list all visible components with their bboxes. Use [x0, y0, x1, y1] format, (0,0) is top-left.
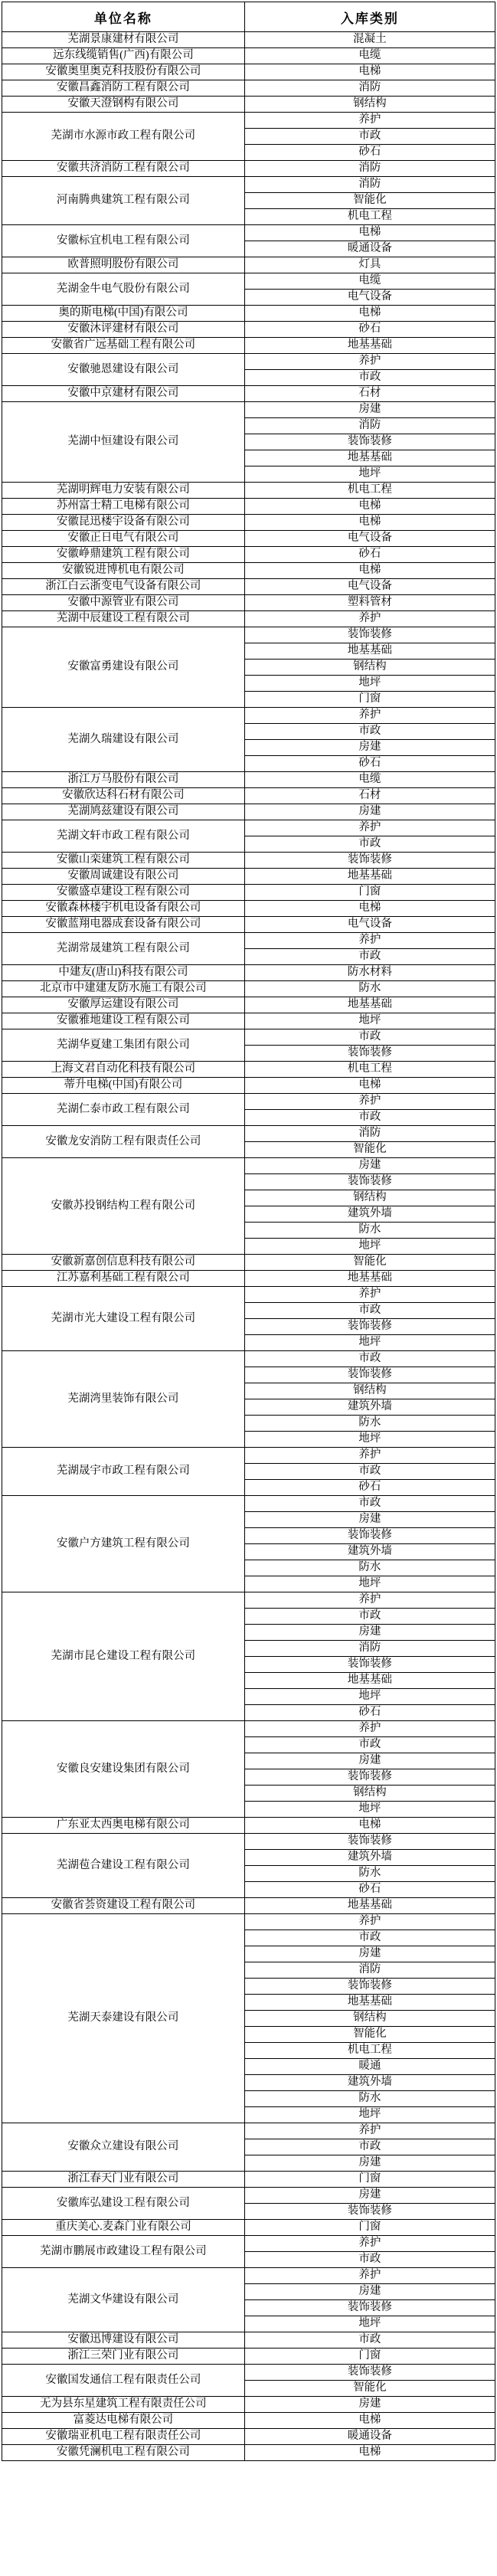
category-cell: 装饰装修: [244, 2300, 495, 2316]
category-cell: 养护: [244, 354, 495, 370]
category-cell: 房建: [244, 2284, 495, 2300]
category-cell: 石材: [244, 386, 495, 402]
table-row: 安徽省广远基础工程有限公司地基基础: [2, 338, 495, 354]
company-name-cell: 安徽富勇建设有限公司: [2, 627, 245, 708]
category-cell: 市政: [244, 1930, 495, 1946]
category-cell: 市政: [244, 949, 495, 965]
table-row: 安徽正日电气有限公司电气设备: [2, 531, 495, 547]
company-name-cell: 奥的斯电梯(中国)有限公司: [2, 306, 245, 322]
category-cell: 砂石: [244, 1480, 495, 1496]
company-name-cell: 安徽共济消防工程有限公司: [2, 161, 245, 177]
category-cell: 砂石: [244, 322, 495, 338]
category-cell: 暖通设备: [244, 241, 495, 257]
table-row: 芜湖常晟建筑工程有限公司养护: [2, 933, 495, 949]
document-page: 单位名称 入库类别 芜湖景康建材有限公司混凝土远东线缆销售(广西)有限公司电缆安…: [0, 2, 497, 2461]
category-cell: 塑料管材: [244, 595, 495, 611]
category-cell: 防水: [244, 2091, 495, 2107]
table-row: 中建友(唐山)科技有限公司防水材料: [2, 965, 495, 981]
company-name-cell: 重庆美心.麦森门业有限公司: [2, 2220, 245, 2236]
table-row: 芜湖市昆仑建设工程有限公司养护: [2, 1592, 495, 1609]
category-cell: 装饰装修: [244, 1834, 495, 1850]
table-row: 安徽峥鼎建筑工程有限公司砂石: [2, 547, 495, 563]
company-name-cell: 芜湖中辰建设工程有限公司: [2, 611, 245, 627]
category-cell: 地基基础: [244, 1673, 495, 1689]
category-cell: 养护: [244, 1094, 495, 1110]
category-cell: 地基基础: [244, 1898, 495, 1914]
category-cell: 养护: [244, 1914, 495, 1930]
category-cell: 房建: [244, 402, 495, 418]
category-cell: 门窗: [244, 692, 495, 708]
category-cell: 养护: [244, 2123, 495, 2139]
category-cell: 房建: [244, 1158, 495, 1174]
table-row: 远东线缆销售(广西)有限公司电缆: [2, 48, 495, 64]
company-name-cell: 安徽蓝翔电器成套设备有限公司: [2, 917, 245, 933]
company-name-cell: 安徽凭澜机电工程有限公司: [2, 2445, 245, 2461]
category-cell: 地坪: [244, 1013, 495, 1029]
category-cell: 地基基础: [244, 1995, 495, 2011]
table-row: 江苏嘉利基础工程有限公司地基基础: [2, 1271, 495, 1287]
table-row: 安徽户方建筑工程有限公司市政: [2, 1496, 495, 1512]
table-row: 安徽库弘建设工程有限公司房建: [2, 2188, 495, 2204]
table-row: 重庆美心.麦森门业有限公司门窗: [2, 2220, 495, 2236]
company-name-cell: 苏州富士精工电梯有限公司: [2, 499, 245, 515]
table-row: 安徽众立建设有限公司养护: [2, 2123, 495, 2139]
category-cell: 石材: [244, 788, 495, 804]
company-name-cell: 芜湖文轩市政工程有限公司: [2, 820, 245, 853]
company-name-cell: 蒂升电梯(中国)有限公司: [2, 1078, 245, 1094]
category-cell: 房建: [244, 804, 495, 820]
category-cell: 智能化: [244, 1142, 495, 1158]
table-row: 芜湖市水源市政工程有限公司养护: [2, 113, 495, 129]
category-cell: 装饰装修: [244, 853, 495, 869]
table-row: 蒂升电梯(中国)有限公司电梯: [2, 1078, 495, 1094]
category-cell: 市政: [244, 1496, 495, 1512]
category-cell: 房建: [244, 740, 495, 756]
category-cell: 电气设备: [244, 531, 495, 547]
table-row: 浙江春天门业有限公司门窗: [2, 2172, 495, 2188]
table-row: 安徽富勇建设有限公司装饰装修: [2, 627, 495, 643]
company-name-cell: 安徽新嘉创信息科技有限公司: [2, 1255, 245, 1271]
category-cell: 装饰装修: [244, 2365, 495, 2381]
company-name-cell: 安徽雅地建设工程有限公司: [2, 1013, 245, 1029]
company-name-cell: 安徽昌鑫消防工程有限公司: [2, 80, 245, 97]
category-cell: 智能化: [244, 193, 495, 209]
category-cell: 电气设备: [244, 290, 495, 306]
category-cell: 装饰装修: [244, 1528, 495, 1544]
category-cell: 电梯: [244, 1078, 495, 1094]
category-cell: 电气设备: [244, 579, 495, 595]
company-name-cell: 安徽山栾建筑工程有限公司: [2, 853, 245, 869]
category-cell: 消防: [244, 161, 495, 177]
table-row: 安徽国发通信工程有限责任公司装饰装修: [2, 2365, 495, 2381]
category-cell: 钢结构: [244, 660, 495, 676]
company-name-cell: 安徽标宜机电工程有限公司: [2, 225, 245, 257]
category-cell: 建筑外墙: [244, 1544, 495, 1560]
category-cell: 建筑外墙: [244, 2075, 495, 2091]
category-cell: 防水: [244, 1560, 495, 1576]
company-name-cell: 富菱达电梯有限公司: [2, 2413, 245, 2429]
category-cell: 电梯: [244, 901, 495, 917]
category-cell: 砂石: [244, 145, 495, 161]
category-cell: 电梯: [244, 306, 495, 322]
company-name-cell: 浙江春天门业有限公司: [2, 2172, 245, 2188]
company-name-cell: 芜湖久瑞建设有限公司: [2, 708, 245, 772]
table-row: 广东亚太西奥电梯有限公司电梯: [2, 1818, 495, 1834]
company-name-cell: 安徽国发通信工程有限责任公司: [2, 2365, 245, 2397]
category-cell: 电缆: [244, 48, 495, 64]
category-cell: 市政: [244, 2139, 495, 2155]
category-cell: 养护: [244, 1592, 495, 1609]
category-cell: 砂石: [244, 1882, 495, 1898]
table-row: 安徽昌鑫消防工程有限公司消防: [2, 80, 495, 97]
category-cell: 地基基础: [244, 869, 495, 885]
table-row: 安徽龙安消防工程有限责任公司消防: [2, 1126, 495, 1142]
table-row: 河南腾典建筑工程有限公司消防: [2, 177, 495, 193]
table-row: 安徽奥里奥克科技股份有限公司电梯: [2, 64, 495, 80]
category-cell: 市政: [244, 1737, 495, 1753]
company-name-cell: 芜湖市鹏展市政建设工程有限公司: [2, 2236, 245, 2268]
category-cell: 消防: [244, 177, 495, 193]
category-cell: 机电工程: [244, 209, 495, 225]
category-cell: 钢结构: [244, 1383, 495, 1399]
category-cell: 地坪: [244, 1576, 495, 1592]
company-name-cell: 安徽昆迅楼宇设备有限公司: [2, 515, 245, 531]
category-cell: 养护: [244, 2268, 495, 2284]
company-name-cell: 江苏嘉利基础工程有限公司: [2, 1271, 245, 1287]
company-name-cell: 芜湖文华建设有限公司: [2, 2268, 245, 2332]
company-name-cell: 浙江三荣门业有限公司: [2, 2349, 245, 2365]
category-cell: 防水: [244, 1866, 495, 1882]
category-cell: 市政: [244, 129, 495, 145]
category-cell: 门窗: [244, 2349, 495, 2365]
table-row: 上海文君自动化科技有限公司机电工程: [2, 1062, 495, 1078]
table-row: 安徽中源管业有限公司塑料管材: [2, 595, 495, 611]
company-name-cell: 安徽盛卓建设工程有限公司: [2, 885, 245, 901]
company-name-cell: 芜湖明辉电力安装有限公司: [2, 483, 245, 499]
company-name-cell: 芜湖湾里装饰有限公司: [2, 1351, 245, 1448]
table-row: 安徽雅地建设工程有限公司地坪: [2, 1013, 495, 1029]
category-cell: 电梯: [244, 515, 495, 531]
company-name-cell: 安徽苏投钢结构工程有限公司: [2, 1158, 245, 1255]
category-cell: 门窗: [244, 885, 495, 901]
table-row: 芜湖苞合建设工程有限公司装饰装修: [2, 1834, 495, 1850]
header-unit-name: 单位名称: [2, 2, 245, 32]
table-row: 苏州富士精工电梯有限公司电梯: [2, 499, 495, 515]
company-name-cell: 安徽迅博建设有限公司: [2, 2332, 245, 2349]
table-row: 安徽中京建材有限公司石材: [2, 386, 495, 402]
category-cell: 养护: [244, 820, 495, 836]
company-name-cell: 安徽天澄钢构有限公司: [2, 97, 245, 113]
company-name-cell: 安徽正日电气有限公司: [2, 531, 245, 547]
company-name-cell: 欧普照明股份有限公司: [2, 257, 245, 273]
table-row: 芜湖久瑞建设有限公司养护: [2, 708, 495, 724]
table-row: 安徽迅博建设有限公司市政: [2, 2332, 495, 2349]
table-row: 北京市中建建友防水施工有限公司防水: [2, 981, 495, 997]
category-cell: 地基基础: [244, 1271, 495, 1287]
category-cell: 地坪: [244, 1335, 495, 1351]
company-name-cell: 浙江万马股份有限公司: [2, 772, 245, 788]
table-row: 安徽新嘉创信息科技有限公司智能化: [2, 1255, 495, 1271]
category-cell: 建筑外墙: [244, 1206, 495, 1223]
company-name-cell: 安徽良安建设集团有限公司: [2, 1721, 245, 1818]
category-cell: 智能化: [244, 1255, 495, 1271]
category-cell: 市政: [244, 2252, 495, 2268]
table-row: 安徽森林楼宇机电设备有限公司电梯: [2, 901, 495, 917]
company-name-cell: 安徽欣达科石材有限公司: [2, 788, 245, 804]
category-cell: 混凝土: [244, 32, 495, 48]
company-name-cell: 安徽沐评建材有限公司: [2, 322, 245, 338]
company-name-cell: 远东线缆销售(广西)有限公司: [2, 48, 245, 64]
company-name-cell: 安徽锐进博机电有限公司: [2, 563, 245, 579]
company-name-cell: 芜湖市昆仑建设工程有限公司: [2, 1592, 245, 1721]
company-name-cell: 安徽众立建设有限公司: [2, 2123, 245, 2172]
table-row: 富菱达电梯有限公司电梯: [2, 2413, 495, 2429]
category-cell: 养护: [244, 1721, 495, 1737]
table-row: 芜湖仁泰市政工程有限公司养护: [2, 1094, 495, 1110]
category-cell: 市政: [244, 1464, 495, 1480]
category-cell: 养护: [244, 933, 495, 949]
category-cell: 电梯: [244, 1818, 495, 1834]
category-cell: 电气设备: [244, 917, 495, 933]
category-cell: 养护: [244, 113, 495, 129]
category-cell: 机电工程: [244, 483, 495, 499]
company-name-cell: 安徽龙安消防工程有限责任公司: [2, 1126, 245, 1158]
company-name-cell: 芜湖金牛电气股份有限公司: [2, 273, 245, 306]
table-row: 安徽凭澜机电工程有限公司电梯: [2, 2445, 495, 2461]
company-name-cell: 芜湖天泰建设有限公司: [2, 1914, 245, 2123]
category-cell: 消防: [244, 1126, 495, 1142]
category-cell: 装饰装修: [244, 1769, 495, 1786]
category-cell: 市政: [244, 836, 495, 853]
table-row: 芜湖湾里装饰有限公司市政: [2, 1351, 495, 1367]
company-name-cell: 安徽森林楼宇机电设备有限公司: [2, 901, 245, 917]
table-row: 安徽省荟资建设工程有限公司地基基础: [2, 1898, 495, 1914]
category-cell: 装饰装修: [244, 1367, 495, 1383]
company-name-cell: 河南腾典建筑工程有限公司: [2, 177, 245, 225]
category-cell: 砂石: [244, 1705, 495, 1721]
category-cell: 防水: [244, 981, 495, 997]
category-cell: 暖通: [244, 2059, 495, 2075]
category-cell: 装饰装修: [244, 627, 495, 643]
table-row: 芜湖市鹏展市政建设工程有限公司养护: [2, 2236, 495, 2252]
table-row: 安徽欣达科石材有限公司石材: [2, 788, 495, 804]
category-cell: 地坪: [244, 1689, 495, 1705]
category-cell: 房建: [244, 1946, 495, 1962]
company-name-cell: 安徽中京建材有限公司: [2, 386, 245, 402]
category-cell: 市政: [244, 1029, 495, 1046]
table-row: 安徽共济消防工程有限公司消防: [2, 161, 495, 177]
category-cell: 市政: [244, 724, 495, 740]
category-cell: 地坪: [244, 676, 495, 692]
table-row: 安徽标宜机电工程有限公司电梯: [2, 225, 495, 241]
company-name-cell: 安徽省广远基础工程有限公司: [2, 338, 245, 354]
category-cell: 建筑外墙: [244, 1850, 495, 1866]
category-cell: 市政: [244, 1609, 495, 1625]
table-row: 奥的斯电梯(中国)有限公司电梯: [2, 306, 495, 322]
category-cell: 装饰装修: [244, 434, 495, 450]
category-cell: 消防: [244, 418, 495, 434]
category-cell: 防水材料: [244, 965, 495, 981]
category-cell: 市政: [244, 1303, 495, 1319]
table-row: 浙江白云浙变电气设备有限公司电气设备: [2, 579, 495, 595]
company-name-cell: 芜湖晟宇市政工程有限公司: [2, 1448, 245, 1496]
table-row: 安徽山栾建筑工程有限公司装饰装修: [2, 853, 495, 869]
company-name-cell: 芜湖景康建材有限公司: [2, 32, 245, 48]
table-row: 芜湖文轩市政工程有限公司养护: [2, 820, 495, 836]
category-cell: 房建: [244, 1753, 495, 1769]
category-cell: 养护: [244, 1448, 495, 1464]
category-cell: 市政: [244, 1110, 495, 1126]
table-header: 单位名称 入库类别: [2, 2, 495, 32]
category-cell: 地坪: [244, 466, 495, 483]
table-row: 安徽厚运建设有限公司地基基础: [2, 997, 495, 1013]
header-category: 入库类别: [244, 2, 495, 32]
category-cell: 钢结构: [244, 1786, 495, 1802]
table-row: 芜湖中辰建设工程有限公司养护: [2, 611, 495, 627]
table-row: 芜湖明辉电力安装有限公司机电工程: [2, 483, 495, 499]
table-row: 安徽良安建设集团有限公司养护: [2, 1721, 495, 1737]
company-name-cell: 安徽瑞亚机电工程有限责任公司: [2, 2429, 245, 2445]
table-row: 安徽天澄钢构有限公司钢结构: [2, 97, 495, 113]
category-cell: 房建: [244, 2155, 495, 2172]
table-row: 安徽昆迅楼宇设备有限公司电梯: [2, 515, 495, 531]
category-cell: 钢结构: [244, 2011, 495, 2027]
category-cell: 地坪: [244, 2107, 495, 2123]
category-cell: 门窗: [244, 2172, 495, 2188]
category-cell: 门窗: [244, 2220, 495, 2236]
category-cell: 电缆: [244, 273, 495, 290]
category-cell: 市政: [244, 2332, 495, 2349]
supplier-table-body: 芜湖景康建材有限公司混凝土远东线缆销售(广西)有限公司电缆安徽奥里奥克科技股份有…: [2, 32, 495, 2461]
company-name-cell: 芜湖苞合建设工程有限公司: [2, 1834, 245, 1898]
category-cell: 电梯: [244, 2413, 495, 2429]
company-name-cell: 芜湖华夏建工集团有限公司: [2, 1029, 245, 1062]
category-cell: 房建: [244, 1625, 495, 1641]
company-name-cell: 安徽库弘建设工程有限公司: [2, 2188, 245, 2220]
category-cell: 养护: [244, 708, 495, 724]
category-cell: 装饰装修: [244, 1979, 495, 1995]
table-row: 浙江三荣门业有限公司门窗: [2, 2349, 495, 2365]
category-cell: 房建: [244, 2397, 495, 2413]
category-cell: 养护: [244, 611, 495, 627]
company-name-cell: 浙江白云浙变电气设备有限公司: [2, 579, 245, 595]
category-cell: 砂石: [244, 756, 495, 772]
category-cell: 钢结构: [244, 97, 495, 113]
company-name-cell: 中建友(唐山)科技有限公司: [2, 965, 245, 981]
table-row: 安徽蓝翔电器成套设备有限公司电气设备: [2, 917, 495, 933]
category-cell: 机电工程: [244, 2043, 495, 2059]
table-row: 芜湖文华建设有限公司养护: [2, 2268, 495, 2284]
company-name-cell: 芜湖常晟建筑工程有限公司: [2, 933, 245, 965]
table-row: 芜湖华夏建工集团有限公司市政: [2, 1029, 495, 1046]
category-cell: 装饰装修: [244, 1174, 495, 1190]
company-name-cell: 安徽周诚建设有限公司: [2, 869, 245, 885]
category-cell: 暖通设备: [244, 2429, 495, 2445]
table-row: 安徽锐进博机电有限公司电梯: [2, 563, 495, 579]
table-row: 浙江万马股份有限公司电缆: [2, 772, 495, 788]
category-cell: 地基基础: [244, 338, 495, 354]
category-cell: 电梯: [244, 2445, 495, 2461]
category-cell: 消防: [244, 1641, 495, 1657]
company-name-cell: 芜湖中恒建设有限公司: [2, 402, 245, 483]
category-cell: 地基基础: [244, 643, 495, 660]
category-cell: 养护: [244, 1287, 495, 1303]
category-cell: 地坪: [244, 2316, 495, 2332]
table-row: 芜湖鸠兹建设有限公司房建: [2, 804, 495, 820]
category-cell: 地基基础: [244, 997, 495, 1013]
table-row: 芜湖中恒建设有限公司房建: [2, 402, 495, 418]
category-cell: 智能化: [244, 2381, 495, 2397]
category-cell: 养护: [244, 2236, 495, 2252]
category-cell: 砂石: [244, 547, 495, 563]
table-row: 安徽盛卓建设工程有限公司门窗: [2, 885, 495, 901]
category-cell: 地坪: [244, 1432, 495, 1448]
company-name-cell: 安徽驰恩建设有限公司: [2, 354, 245, 386]
company-name-cell: 广东亚太西奥电梯有限公司: [2, 1818, 245, 1834]
company-name-cell: 安徽户方建筑工程有限公司: [2, 1496, 245, 1592]
company-name-cell: 安徽峥鼎建筑工程有限公司: [2, 547, 245, 563]
company-name-cell: 安徽奥里奥克科技股份有限公司: [2, 64, 245, 80]
company-name-cell: 上海文君自动化科技有限公司: [2, 1062, 245, 1078]
category-cell: 装饰装修: [244, 2204, 495, 2220]
company-name-cell: 无为县东星建筑工程有限责任公司: [2, 2397, 245, 2413]
category-cell: 智能化: [244, 2027, 495, 2043]
category-cell: 灯具: [244, 257, 495, 273]
category-cell: 电缆: [244, 772, 495, 788]
category-cell: 地坪: [244, 1802, 495, 1818]
category-cell: 电梯: [244, 225, 495, 241]
company-name-cell: 安徽厚运建设有限公司: [2, 997, 245, 1013]
table-row: 安徽沐评建材有限公司砂石: [2, 322, 495, 338]
table-row: 芜湖景康建材有限公司混凝土: [2, 32, 495, 48]
table-row: 安徽苏投钢结构工程有限公司房建: [2, 1158, 495, 1174]
table-row: 芜湖市光大建设工程有限公司养护: [2, 1287, 495, 1303]
company-name-cell: 芜湖市水源市政工程有限公司: [2, 113, 245, 161]
category-cell: 地坪: [244, 1239, 495, 1255]
category-cell: 防水: [244, 1223, 495, 1239]
category-cell: 消防: [244, 1962, 495, 1979]
supplier-table: 单位名称 入库类别 芜湖景康建材有限公司混凝土远东线缆销售(广西)有限公司电缆安…: [2, 2, 495, 2461]
table-row: 欧普照明股份有限公司灯具: [2, 257, 495, 273]
category-cell: 电梯: [244, 64, 495, 80]
table-row: 安徽周诚建设有限公司地基基础: [2, 869, 495, 885]
category-cell: 装饰装修: [244, 1657, 495, 1673]
category-cell: 房建: [244, 2188, 495, 2204]
category-cell: 房建: [244, 1512, 495, 1528]
category-cell: 地基基础: [244, 450, 495, 466]
table-row: 芜湖金牛电气股份有限公司电缆: [2, 273, 495, 290]
table-row: 芜湖晟宇市政工程有限公司养护: [2, 1448, 495, 1464]
table-row: 芜湖天泰建设有限公司养护: [2, 1914, 495, 1930]
table-row: 安徽驰恩建设有限公司养护: [2, 354, 495, 370]
company-name-cell: 芜湖仁泰市政工程有限公司: [2, 1094, 245, 1126]
category-cell: 防水: [244, 1416, 495, 1432]
category-cell: 装饰装修: [244, 1046, 495, 1062]
company-name-cell: 芜湖鸠兹建设有限公司: [2, 804, 245, 820]
category-cell: 建筑外墙: [244, 1399, 495, 1416]
category-cell: 钢结构: [244, 1190, 495, 1206]
header-row: 单位名称 入库类别: [2, 2, 495, 32]
table-row: 无为县东星建筑工程有限责任公司房建: [2, 2397, 495, 2413]
category-cell: 消防: [244, 80, 495, 97]
table-row: 安徽瑞亚机电工程有限责任公司暖通设备: [2, 2429, 495, 2445]
category-cell: 机电工程: [244, 1062, 495, 1078]
category-cell: 市政: [244, 370, 495, 386]
category-cell: 电梯: [244, 499, 495, 515]
company-name-cell: 北京市中建建友防水施工有限公司: [2, 981, 245, 997]
category-cell: 电梯: [244, 563, 495, 579]
company-name-cell: 安徽中源管业有限公司: [2, 595, 245, 611]
